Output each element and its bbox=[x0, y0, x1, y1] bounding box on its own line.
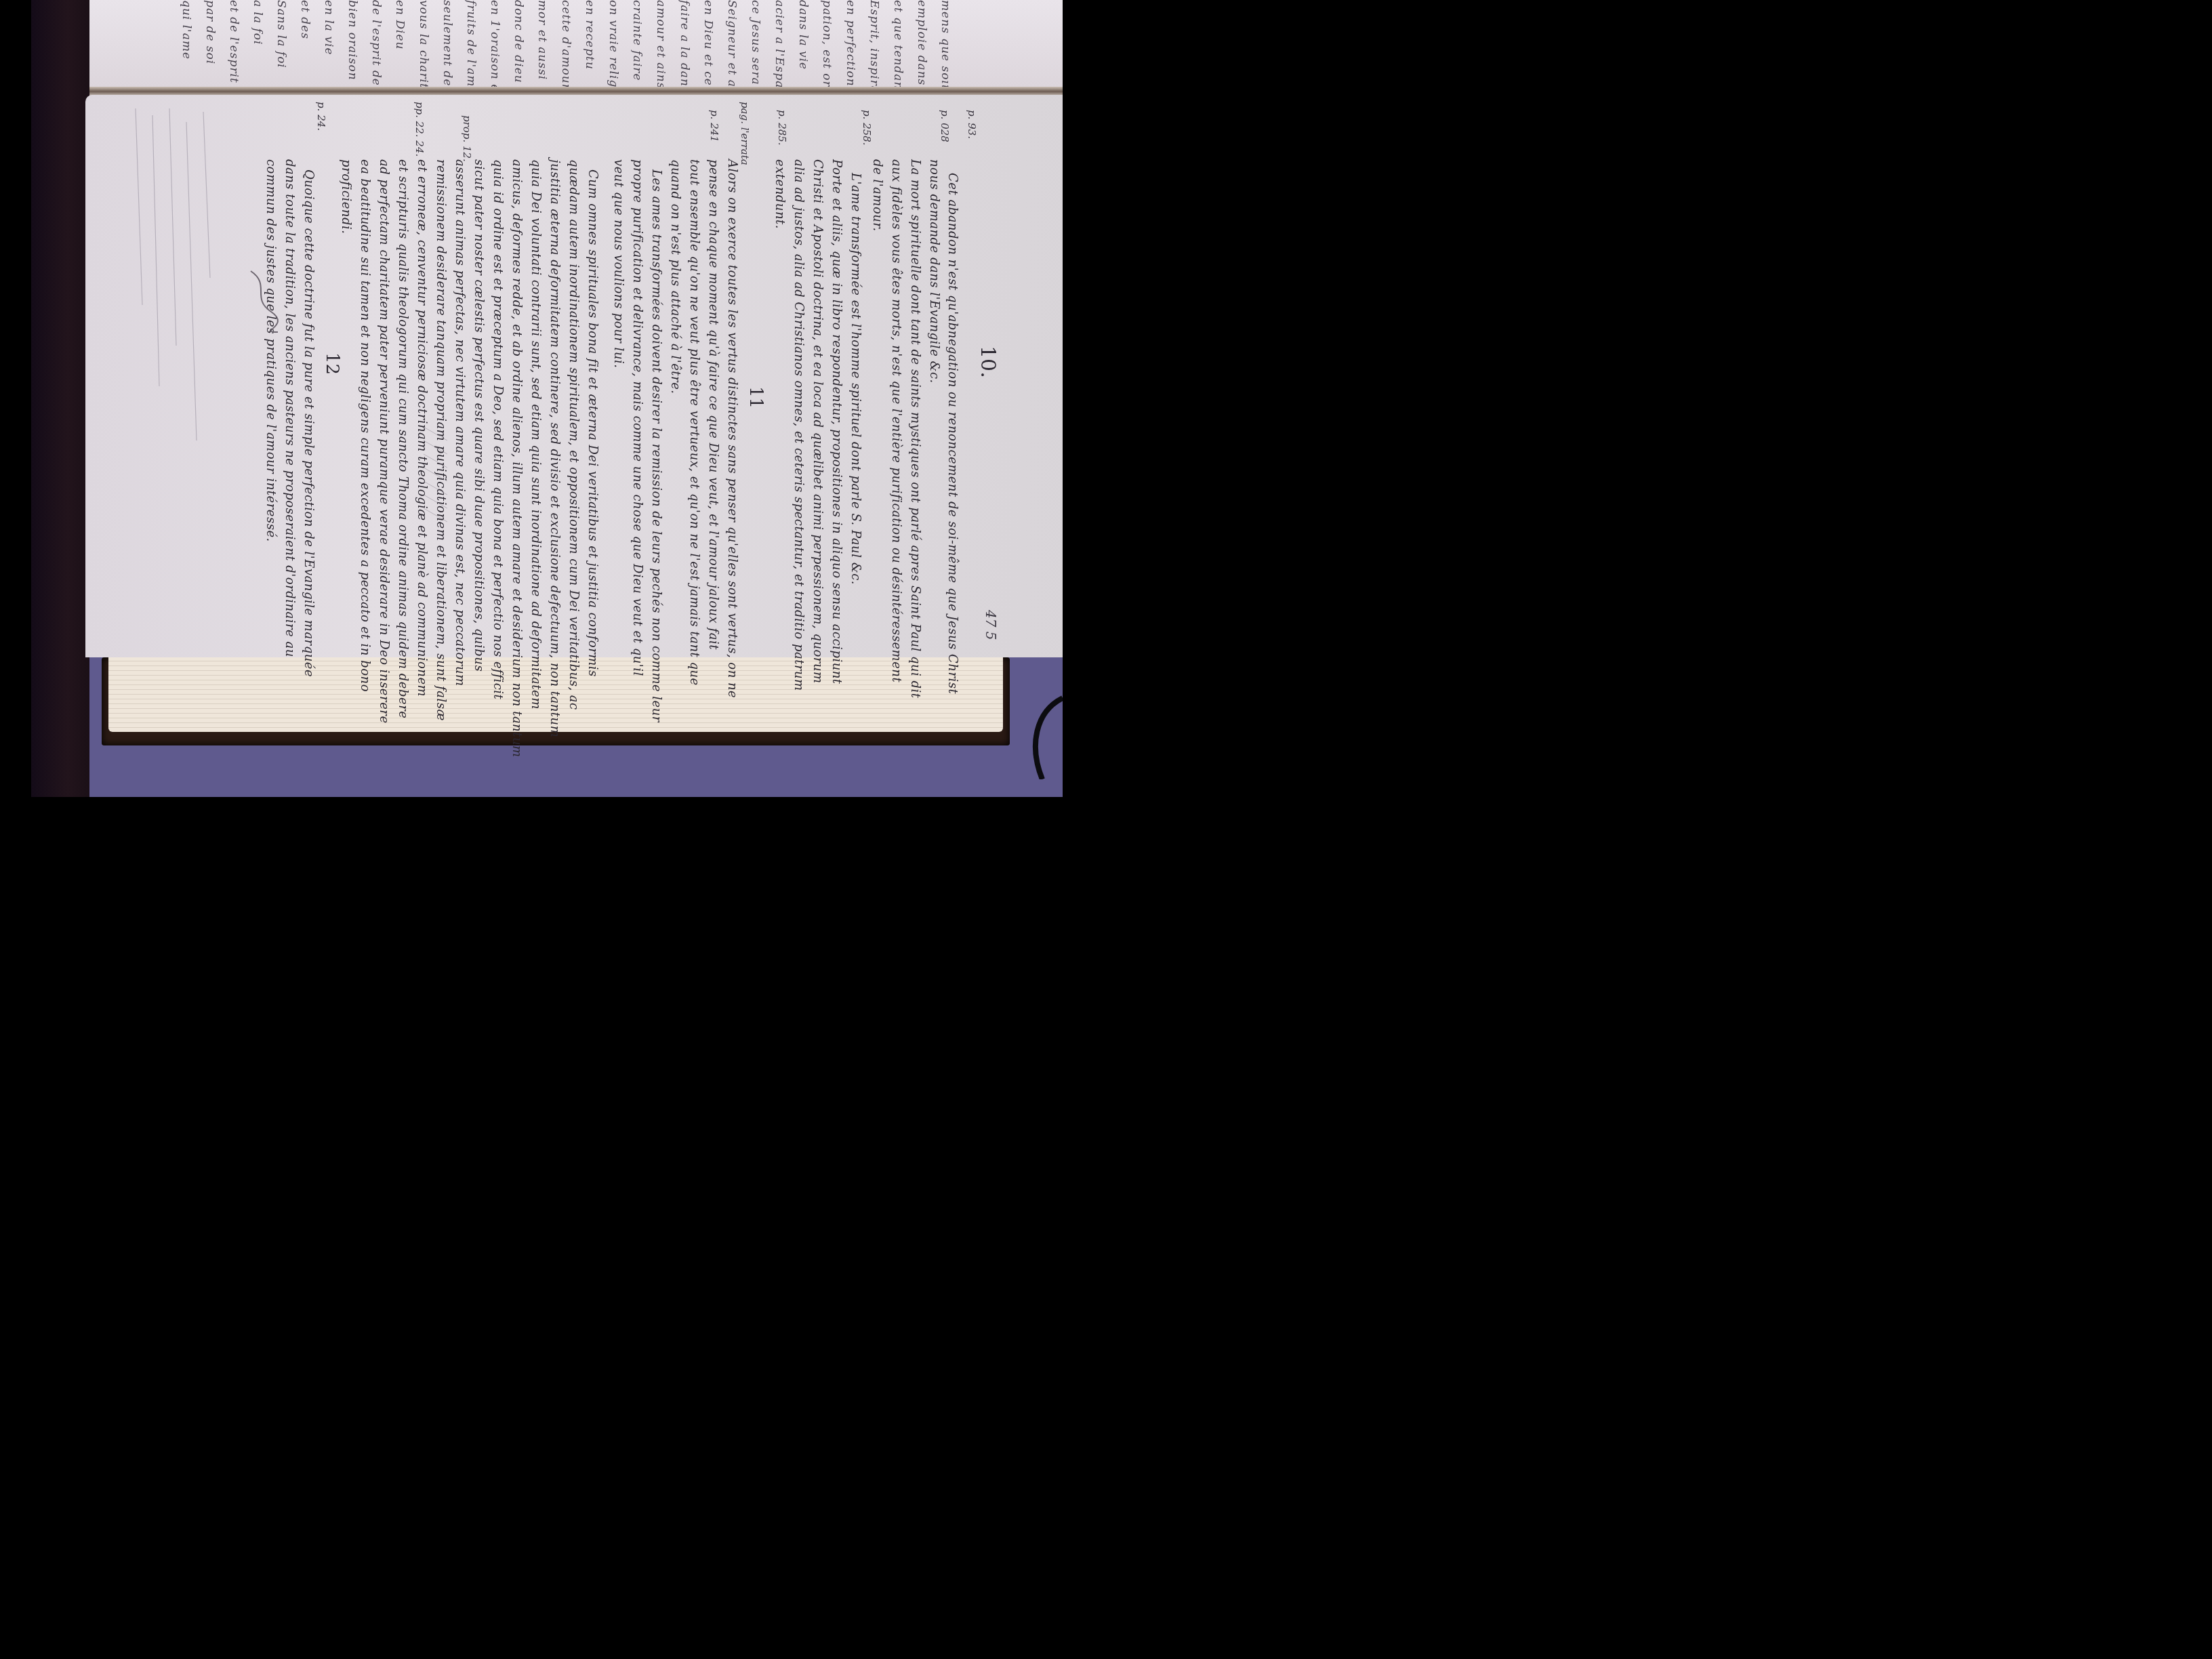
prev-line: qui l'ame bbox=[180, 0, 193, 60]
prev-line: en Dieu bbox=[393, 0, 407, 50]
prev-line: et des bbox=[298, 0, 312, 39]
text-line: tout ensemble qu'on ne veut plus être ve… bbox=[687, 159, 701, 686]
pencil-marks bbox=[122, 102, 258, 481]
text-line: Cet abandon n'est qu'abnegation ou renon… bbox=[945, 173, 960, 694]
prev-line: et que tendant bbox=[891, 0, 905, 88]
prev-line: faire a la dans bbox=[678, 0, 691, 88]
margin-note: p. 285. bbox=[776, 110, 788, 146]
prev-line: bien oraison bbox=[346, 0, 359, 81]
prev-line: de l'esprit de bbox=[369, 0, 383, 86]
prev-line: en 1'oraison en bbox=[488, 0, 501, 88]
text-line: justitia æterna deformitatem continere, … bbox=[548, 159, 562, 737]
margin-note: p. 24. bbox=[315, 102, 327, 131]
text-line: ad perfectam charitatem pater perveniunt… bbox=[377, 159, 391, 724]
margin-note: pag. l'errata bbox=[739, 102, 751, 165]
image-border-left bbox=[0, 0, 31, 797]
text-line: Les ames transformées doivent desirer la… bbox=[649, 169, 663, 722]
table-edge bbox=[31, 0, 92, 797]
prev-line: emploie dans toute la bbox=[915, 0, 928, 88]
cable bbox=[1015, 684, 1063, 779]
prev-line: fruits de l'ame bbox=[464, 0, 478, 88]
margin-note: p. 258. bbox=[861, 110, 873, 146]
prev-line: cette d'amour bbox=[559, 0, 573, 88]
text-line: Quoique cette doctrine fut la pure et si… bbox=[302, 169, 316, 677]
prev-line: amour et ainsi bbox=[654, 0, 668, 88]
text-line: Alors on exerce toutes les vertus distin… bbox=[725, 159, 739, 698]
text-line: nous demande dans l'Evangile &c. bbox=[927, 159, 941, 384]
text-line: quædam autem inordinationem spiritualem,… bbox=[567, 159, 581, 710]
text-line: amicus, deformes redde, et ab ordine ali… bbox=[510, 159, 524, 758]
folio-mark: 47 5 bbox=[983, 610, 999, 640]
prev-line: vous la charite bbox=[417, 0, 430, 88]
prev-line: Seigneur et a Dieu bbox=[725, 0, 739, 88]
flourish-mark bbox=[244, 264, 285, 339]
text-line: quia Dei voluntati contrarii sunt, sed e… bbox=[529, 159, 543, 710]
previous-page-text: mens que soit fai emploie dans toute la … bbox=[102, 0, 949, 88]
prev-line: ce Jesus sera bbox=[749, 0, 762, 85]
prev-line: pation, est oraison bbox=[820, 0, 834, 88]
text-line: proficiendi. bbox=[339, 159, 353, 234]
prev-line: et de l'esprit bbox=[227, 0, 241, 83]
prev-line: en Dieu et ce bbox=[701, 0, 715, 86]
text-line: extendunt. bbox=[773, 159, 787, 229]
margin-note: p. 241 bbox=[708, 110, 720, 142]
margin-note: p. 93. bbox=[966, 110, 978, 139]
prev-line: Esprit, inspiration bbox=[867, 0, 881, 88]
prev-line: seulement de bbox=[441, 0, 454, 87]
prev-line: mor et aussi bbox=[535, 0, 549, 80]
prev-line: Sans la foi bbox=[274, 0, 288, 68]
text-line: Cum omnes spirituales bona fit et æterna… bbox=[586, 169, 600, 677]
prev-line: a la foi bbox=[251, 0, 264, 45]
prev-line: en perfection et bbox=[844, 0, 857, 88]
page-content: 10. 47 5 p. 93. p. 028 p. 258. p. 285. p… bbox=[95, 102, 1044, 651]
text-line: ea beatitudine sui tamen et non negligen… bbox=[358, 159, 372, 692]
margin-note: prop. 12. bbox=[461, 115, 473, 162]
text-line: sicut pater noster cælestis perfectus es… bbox=[472, 159, 486, 672]
text-line: quia id ordine est et præceptum a Deo, s… bbox=[491, 159, 505, 699]
section-number: 12 bbox=[322, 352, 342, 375]
margin-note: p. 028 bbox=[939, 110, 951, 142]
margin-note: pp. 22. 24. bbox=[413, 102, 426, 157]
text-line: La mort spirituelle dont tant de saints … bbox=[908, 159, 922, 699]
prev-line: par de soi bbox=[203, 0, 217, 64]
text-line: Porte et aliis, quæ in libro respondentu… bbox=[829, 159, 844, 684]
section-number: 11 bbox=[745, 386, 766, 409]
text-line: dans toute la tradition, les anciens pas… bbox=[283, 159, 297, 657]
text-line: alia ad justos, alia ad Christianos omne… bbox=[792, 159, 806, 691]
page-number: 10. bbox=[976, 346, 1000, 378]
prev-line: on vraie religion bbox=[607, 0, 620, 88]
prev-line: donc de dieu bbox=[512, 0, 525, 83]
prev-line: crainte faire bbox=[630, 0, 644, 81]
text-line: aux fidèles vous êtes morts, n'est que l… bbox=[889, 159, 903, 682]
text-line: Christi et Apostoli doctrina, et ea loca… bbox=[811, 159, 825, 684]
text-line: pense en chaque moment qu'à faire ce que… bbox=[706, 159, 720, 650]
text-line: L'ame transformée est l'homme spirituel … bbox=[848, 173, 863, 585]
text-line: de l'amour. bbox=[870, 159, 884, 232]
text-line: propre purification et delivrance, mais … bbox=[630, 159, 644, 676]
prev-line: dans la vie bbox=[796, 0, 810, 70]
prev-line: mens que soit fai bbox=[939, 0, 949, 88]
pencil-hatching bbox=[420, 420, 461, 556]
text-line: commun des justes que les pratiques de l… bbox=[264, 159, 278, 542]
text-line: et scripturis qualis theologorum qui cum… bbox=[396, 159, 410, 718]
prev-line: en la vie bbox=[322, 0, 335, 56]
text-line: quand on n'est plus attaché à l'être. bbox=[668, 159, 682, 394]
text-line: veut que nous voulions pour lui. bbox=[611, 159, 626, 368]
prev-line: en receptu bbox=[583, 0, 596, 70]
prev-line: acier a l'Espagne bbox=[773, 0, 786, 88]
